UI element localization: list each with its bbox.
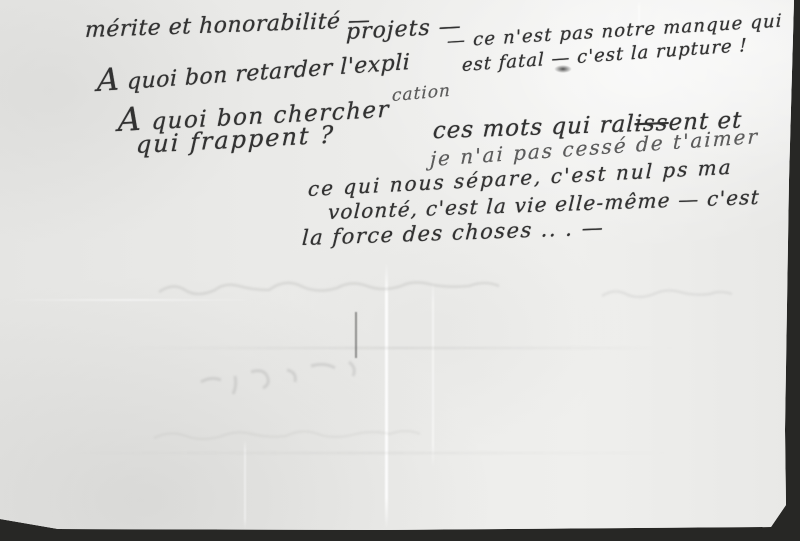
- fold-crease-vertical-bottom: [244, 440, 246, 530]
- crease-horizontal-left: [0, 299, 260, 301]
- photo-frame: mérite et honorabilité — projets — — ce …: [0, 0, 800, 541]
- handwritten-line: mérite et honorabilité —: [85, 10, 371, 42]
- bleed-through-mark: [598, 284, 738, 304]
- manuscript-page: mérite et honorabilité — projets — — ce …: [0, 0, 800, 541]
- fold-crease-vertical-main: [385, 262, 388, 530]
- fold-shadow-horizontal: [120, 347, 680, 349]
- bleed-through-mark: [155, 276, 575, 302]
- handwritten-line: A quoi bon retarder l'expli: [97, 44, 411, 97]
- stray-pencil-mark: [355, 312, 357, 358]
- handwritten-line: projets —: [346, 16, 462, 44]
- fold-crease-vertical-secondary: [432, 278, 434, 468]
- bleed-through-mark: [195, 360, 395, 398]
- bleed-through-mark: [150, 424, 480, 446]
- fold-shadow-horizontal-2: [60, 452, 680, 454]
